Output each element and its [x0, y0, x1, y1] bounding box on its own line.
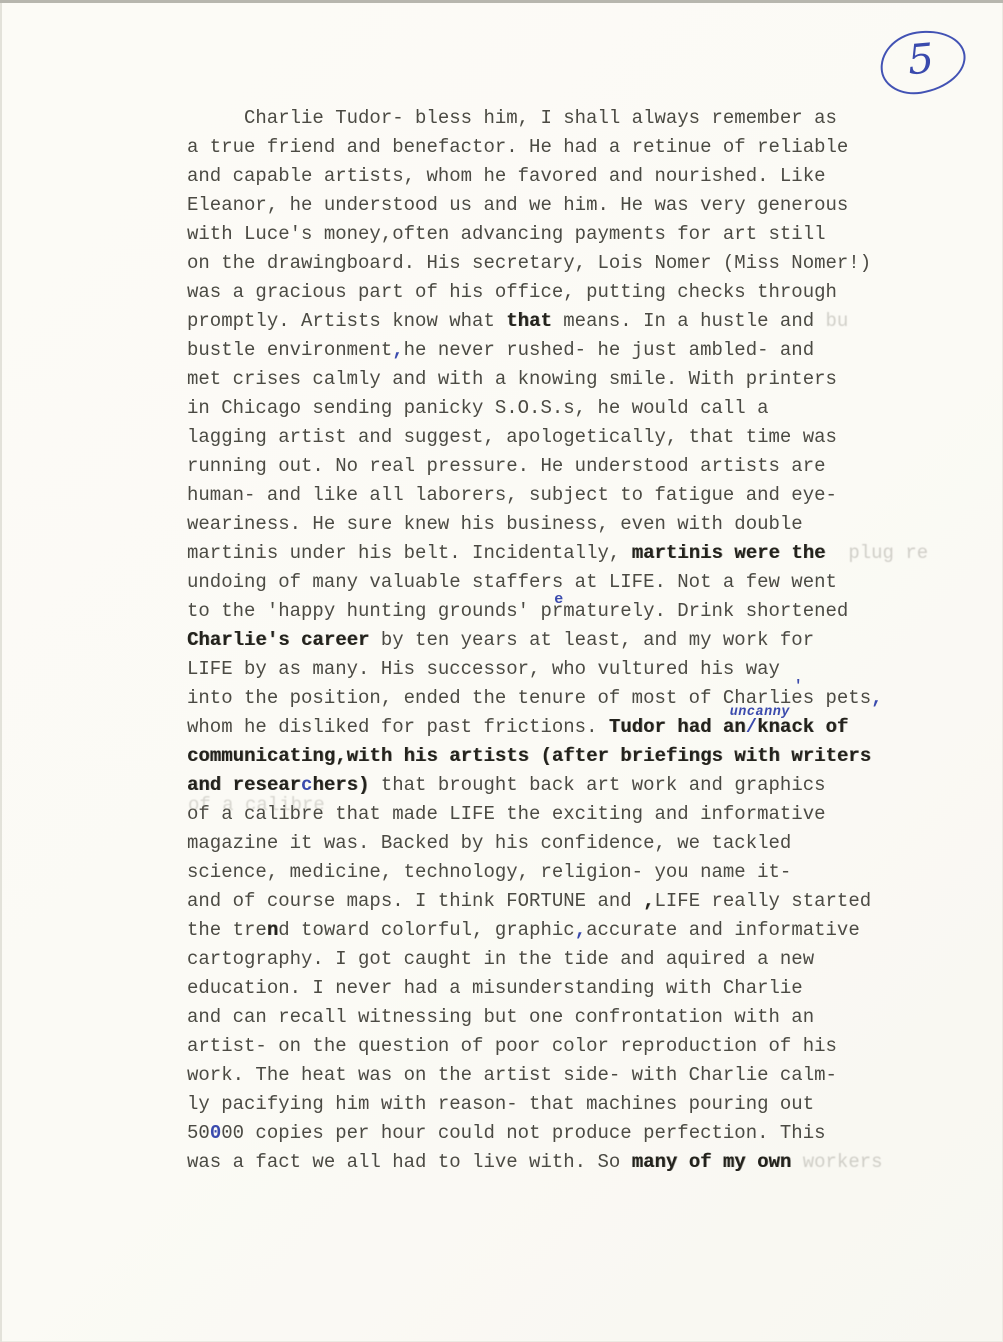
text-line: and of course maps. I think FORTUNE and … — [187, 887, 927, 916]
typed-text: promptly. Artists know what — [187, 310, 506, 332]
text-line: with Luce's money,often advancing paymen… — [187, 220, 927, 249]
typed-text: that brought back art work and graphics — [369, 774, 825, 796]
text-line: met crises calmly and with a knowing smi… — [187, 365, 927, 394]
overtyped-text: many of my own — [632, 1151, 792, 1173]
typed-text: running out. No real pressure. He unders… — [187, 455, 826, 477]
text-line: in Chicago sending panicky S.O.S.s, he w… — [187, 394, 927, 423]
typed-text: ly pacifying him with reason- that machi… — [187, 1093, 814, 1115]
typed-text: on the drawingboard. His secretary, Lois… — [187, 252, 871, 274]
overtyped-text: Tudor had an — [609, 716, 746, 738]
text-line: ly pacifying him with reason- that machi… — [187, 1090, 927, 1119]
text-line: weariness. He sure knew his business, ev… — [187, 510, 927, 539]
typed-text: and can recall witnessing but one confro… — [187, 1006, 814, 1028]
handwritten-page-number-circle: 5 — [876, 25, 971, 100]
text-line: LIFE by as many. His successor, who vult… — [187, 655, 927, 684]
text-line: Charlie Tudor- bless him, I shall always… — [187, 104, 927, 133]
typed-text: undoing of many valuable staffers at LIF… — [187, 571, 837, 593]
text-line: magazine it was. Backed by his confidenc… — [187, 829, 927, 858]
overtyped-text: and resear — [187, 774, 301, 796]
typed-text: and capable artists, whom he favored and… — [187, 165, 826, 187]
typed-text: Eleanor, he understood us and we him. He… — [187, 194, 848, 216]
text-line: Eleanor, he understood us and we him. He… — [187, 191, 927, 220]
text-line: work. The heat was on the artist side- w… — [187, 1061, 927, 1090]
typed-text: martinis under his belt. Incidentally, — [187, 542, 632, 564]
erased-text: plug re — [826, 542, 929, 564]
typed-text: LIFE by as many. His successor, who vult… — [187, 658, 780, 680]
typed-text: education. I never had a misunderstandin… — [187, 977, 803, 999]
text-line: was a fact we all had to live with. So m… — [187, 1148, 927, 1177]
overtyped-text: that — [506, 310, 552, 332]
overtyped-text: n — [267, 919, 278, 941]
typed-text: he never rushed- he just ambled- and — [404, 339, 814, 361]
overtyped-text: hers) — [312, 774, 369, 796]
typed-text: the tre — [187, 919, 267, 941]
typed-text: by ten years at least, and my work for — [369, 629, 814, 651]
text-line: running out. No real pressure. He unders… — [187, 452, 927, 481]
typed-text: bustle environment — [187, 339, 392, 361]
overtyped-text: , — [643, 890, 654, 912]
typed-text: a true friend and benefactor. He had a r… — [187, 136, 848, 158]
text-line: 50000 copies per hour could not produce … — [187, 1119, 927, 1148]
handwritten-correction: c — [301, 774, 312, 796]
text-line: bustle environment,he never rushed- he j… — [187, 336, 927, 365]
handwritten-annotation: , — [575, 919, 586, 941]
handwritten-annotation: , — [392, 339, 403, 361]
overtyped-text: communicating,with his artists (after br… — [187, 745, 871, 767]
text-line: human- and like all laborers, subject to… — [187, 481, 927, 510]
text-line: whom he disliked for past frictions. Tud… — [187, 713, 927, 742]
typed-text: Charlie Tudor- bless him, I shall always… — [244, 107, 837, 129]
typed-text: magazine it was. Backed by his confidenc… — [187, 832, 791, 854]
typed-text-block: Charlie Tudor- bless him, I shall always… — [187, 104, 927, 1177]
typed-text: maturely. Drink shortened — [563, 600, 848, 622]
text-line: lagging artist and suggest, apologetical… — [187, 423, 927, 452]
typed-text: 00 copies per hour could not produce per… — [221, 1122, 825, 1144]
typed-text: and of course maps. I think FORTUNE and — [187, 890, 643, 912]
text-line: education. I never had a misunderstandin… — [187, 974, 927, 1003]
text-line: to the 'happy hunting grounds' premature… — [187, 597, 927, 626]
typed-text: science, medicine, technology, religion-… — [187, 861, 791, 883]
typed-text: s pets — [803, 687, 871, 709]
handwritten-annotation: , — [871, 687, 882, 709]
text-line: martinis under his belt. Incidentally, m… — [187, 539, 927, 568]
typed-text: met crises calmly and with a knowing smi… — [187, 368, 837, 390]
typed-text: accurate and informative — [586, 919, 860, 941]
text-line: on the drawingboard. His secretary, Lois… — [187, 249, 927, 278]
typed-text: in Chicago sending panicky S.O.S.s, he w… — [187, 397, 769, 419]
typed-text: lagging artist and suggest, apologetical… — [187, 426, 837, 448]
text-line: the trend toward colorful, graphic,accur… — [187, 916, 927, 945]
typed-text: means. In a hustle and — [552, 310, 826, 332]
text-line: artist- on the question of poor color re… — [187, 1032, 927, 1061]
typed-text: LIFE really started — [654, 890, 871, 912]
scanned-document-page: 5 Charlie Tudor- bless him, I shall alwa… — [0, 0, 1003, 1342]
typed-text: d toward colorful, graphic — [278, 919, 574, 941]
typed-text: weariness. He sure knew his business, ev… — [187, 513, 803, 535]
typed-text: artist- on the question of poor color re… — [187, 1035, 837, 1057]
text-line: a true friend and benefactor. He had a r… — [187, 133, 927, 162]
handwritten-annotation: 0 — [210, 1122, 221, 1144]
text-line: cartography. I got caught in the tide an… — [187, 945, 927, 974]
typed-text: work. The heat was on the artist side- w… — [187, 1064, 837, 1086]
typed-text: 50 — [187, 1122, 210, 1144]
text-line: promptly. Artists know what that means. … — [187, 307, 927, 336]
text-line: and capable artists, whom he favored and… — [187, 162, 927, 191]
text-line: communicating,with his artists (after br… — [187, 742, 927, 771]
typed-text: into the position, ended the tenure of m… — [187, 687, 803, 709]
text-line: and can recall witnessing but one confro… — [187, 1003, 927, 1032]
typed-text: human- and like all laborers, subject to… — [187, 484, 837, 506]
text-line: into the position, ended the tenure of m… — [187, 684, 927, 713]
text-line: science, medicine, technology, religion-… — [187, 858, 927, 887]
text-line: was a gracious part of his office, putti… — [187, 278, 927, 307]
typed-text: was a gracious part of his office, putti… — [187, 281, 837, 303]
typed-text: cartography. I got caught in the tide an… — [187, 948, 814, 970]
page-number: 5 — [906, 38, 936, 81]
overtyped-text: Charlie's career — [187, 629, 369, 651]
typed-text: whom he disliked for past frictions. — [187, 716, 609, 738]
overtyped-text: martinis were the — [632, 542, 826, 564]
typed-text: to the 'happy hunting grounds' pr — [187, 600, 563, 622]
typed-text: with Luce's money,often advancing paymen… — [187, 223, 826, 245]
erased-text: bu — [826, 310, 849, 332]
erased-text: workers — [791, 1151, 882, 1173]
text-line: of a calibreof a calibre that made LIFE … — [187, 800, 927, 829]
text-line: Charlie's career by ten years at least, … — [187, 626, 927, 655]
typed-text: was a fact we all had to live with. So — [187, 1151, 632, 1173]
